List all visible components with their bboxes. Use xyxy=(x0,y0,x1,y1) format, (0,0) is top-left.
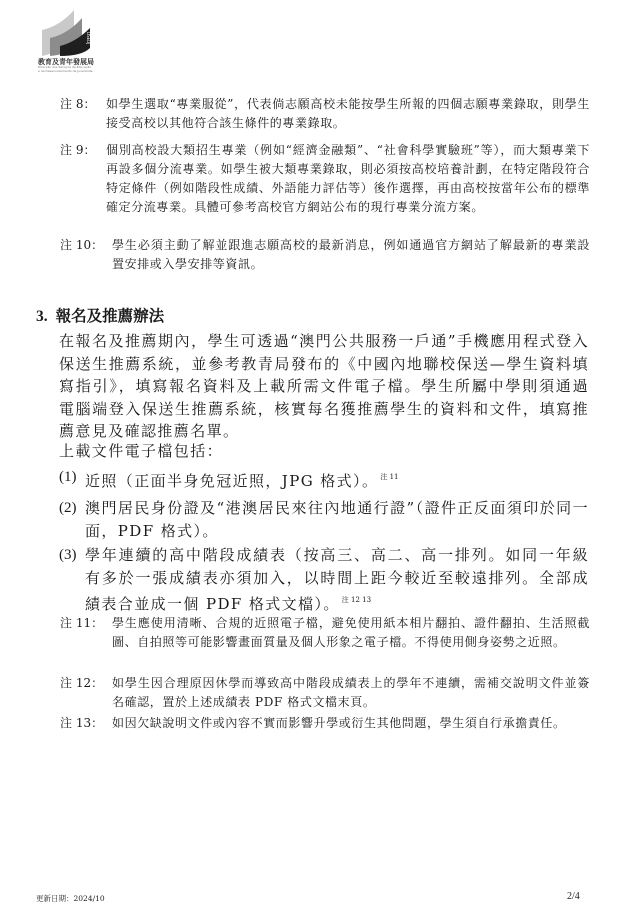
note-11: 注 11： 學生應使用清晰、合規的近照電子檔，避免使用紙本相片翻拍、證件翻拍、生… xyxy=(60,614,590,652)
note-text: 如學生選取“專業服從”，代表倘志願高校未能按學生所報的四個志願專業錄取，則學生接… xyxy=(106,95,590,133)
note-text: 如因欠缺說明文件或內容不實而影響升學或衍生其他問題，學生須自行承擔責任。 xyxy=(112,714,590,733)
upload-item-2: (2) 澳門居民身份證及“港澳居民來往內地通行證”（證件正反面須印於同一面，PD… xyxy=(59,497,589,542)
svg-text:DSEDJ: DSEDJ xyxy=(86,32,91,44)
footnote-ref: 注 12 13 xyxy=(342,596,371,604)
item-text: 澳門居民身份證及“港澳居民來往內地通行證”（證件正反面須印於同一面，PDF 格式… xyxy=(85,499,589,540)
section-heading: 3.報名及推薦辦法 xyxy=(36,304,164,326)
note-text: 個別高校設大類招生專業（例如“經濟金融類”、“社會科學實驗班”等），而大類專業下… xyxy=(106,141,590,217)
note-text: 學生必須主動了解並跟進志願高校的最新消息，例如通過官方網站了解最新的專業設置安排… xyxy=(112,236,590,274)
note-label: 注 11： xyxy=(60,614,103,633)
note-label: 注 10： xyxy=(60,236,103,255)
note-text: 學生應使用清晰、合規的近照電子檔，避免使用紙本相片翻拍、證件翻拍、生活照截圖、自… xyxy=(112,614,590,652)
page-number: 2/4 xyxy=(567,891,580,902)
item-text: 學年連續的高中階段成績表（按高三、高二、高一排列。如同一年級有多於一張成績表亦須… xyxy=(85,546,589,613)
section-paragraph: 在報名及推薦期內，學生可透過“澳門公共服務一戶通”手機應用程式登入保送生推薦系統… xyxy=(59,330,589,443)
dsedj-logo: DSEDJ 教育及青年發展局 Direcção dos Serviços de … xyxy=(38,8,100,74)
upload-item-1: (1) 近照（正面半身免冠近照，JPG 格式）。注 11 xyxy=(59,466,589,493)
note-label: 注 8： xyxy=(60,95,95,114)
item-number: (2) xyxy=(59,497,77,520)
section-title: 報名及推薦辦法 xyxy=(56,306,165,325)
footer-updated-date: 更新日期：2024/10 xyxy=(36,893,105,904)
note-label: 注 9： xyxy=(60,141,95,160)
note-label: 注 13： xyxy=(60,714,103,733)
note-10: 注 10： 學生必須主動了解並跟進志願高校的最新消息，例如通過官方網站了解最新的… xyxy=(60,236,590,274)
note-13: 注 13： 如因欠缺說明文件或內容不實而影響升學或衍生其他問題，學生須自行承擔責… xyxy=(60,714,590,733)
upload-intro: 上載文件電子檔包括： xyxy=(59,440,589,463)
note-9: 注 9： 個別高校設大類招生專業（例如“經濟金融類”、“社會科學實驗班”等），而… xyxy=(60,141,590,217)
logo-name-pt: Direcção dos Serviços de Educação e de D… xyxy=(38,66,93,73)
item-text: 近照（正面半身免冠近照，JPG 格式）。 xyxy=(85,472,378,490)
item-number: (1) xyxy=(59,466,77,489)
footnote-ref: 注 11 xyxy=(380,473,398,481)
note-8: 注 8： 如學生選取“專業服從”，代表倘志願高校未能按學生所報的四個志願專業錄取… xyxy=(60,95,590,133)
note-label: 注 12： xyxy=(60,674,103,693)
note-12: 注 12： 如學生因合理原因休學而導致高中階段成績表上的學年不連續，需補交說明文… xyxy=(60,674,590,712)
section-number: 3. xyxy=(36,308,48,325)
note-text: 如學生因合理原因休學而導致高中階段成績表上的學年不連續，需補交說明文件並簽名確認… xyxy=(112,674,590,712)
upload-item-3: (3) 學年連續的高中階段成績表（按高三、高二、高一排列。如同一年級有多於一張成… xyxy=(59,544,589,616)
item-number: (3) xyxy=(59,544,77,567)
logo-emblem-icon: DSEDJ xyxy=(38,8,100,58)
